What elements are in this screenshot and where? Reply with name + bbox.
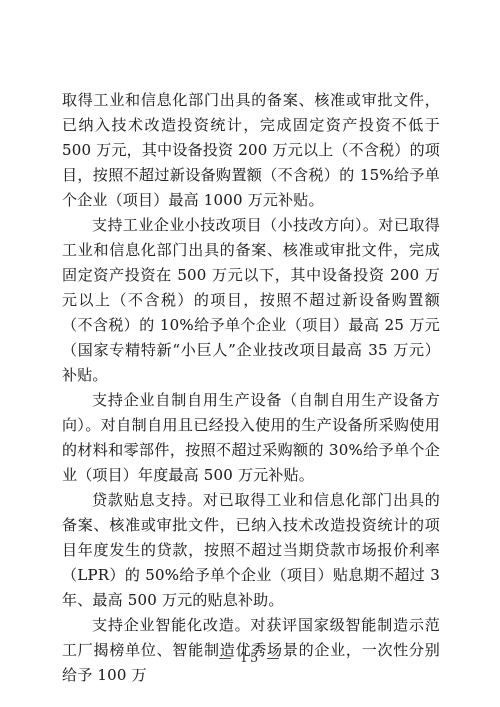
paragraph-small-tech-upgrade: 支持工业企业小技改项目（小技改方向）。对已取得工业和信息化部门出具的备案、核准或… xyxy=(62,213,440,388)
document-body: 取得工业和信息化部门出具的备案、核准或审批文件，已纳入技术改造投资统计，完成固定… xyxy=(62,88,440,688)
paragraph-continuation: 取得工业和信息化部门出具的备案、核准或审批文件，已纳入技术改造投资统计，完成固定… xyxy=(62,88,440,213)
page-number: — 15 — xyxy=(0,651,500,666)
document-page: 取得工业和信息化部门出具的备案、核准或审批文件，已纳入技术改造投资统计，完成固定… xyxy=(0,0,500,707)
paragraph-self-made-equipment: 支持企业自制自用生产设备（自制自用生产设备方向）。对自制自用且已经投入使用的生产… xyxy=(62,388,440,488)
paragraph-loan-interest-subsidy: 贷款贴息支持。对已取得工业和信息化部门出具的备案、核准或审批文件，已纳入技术改造… xyxy=(62,488,440,613)
